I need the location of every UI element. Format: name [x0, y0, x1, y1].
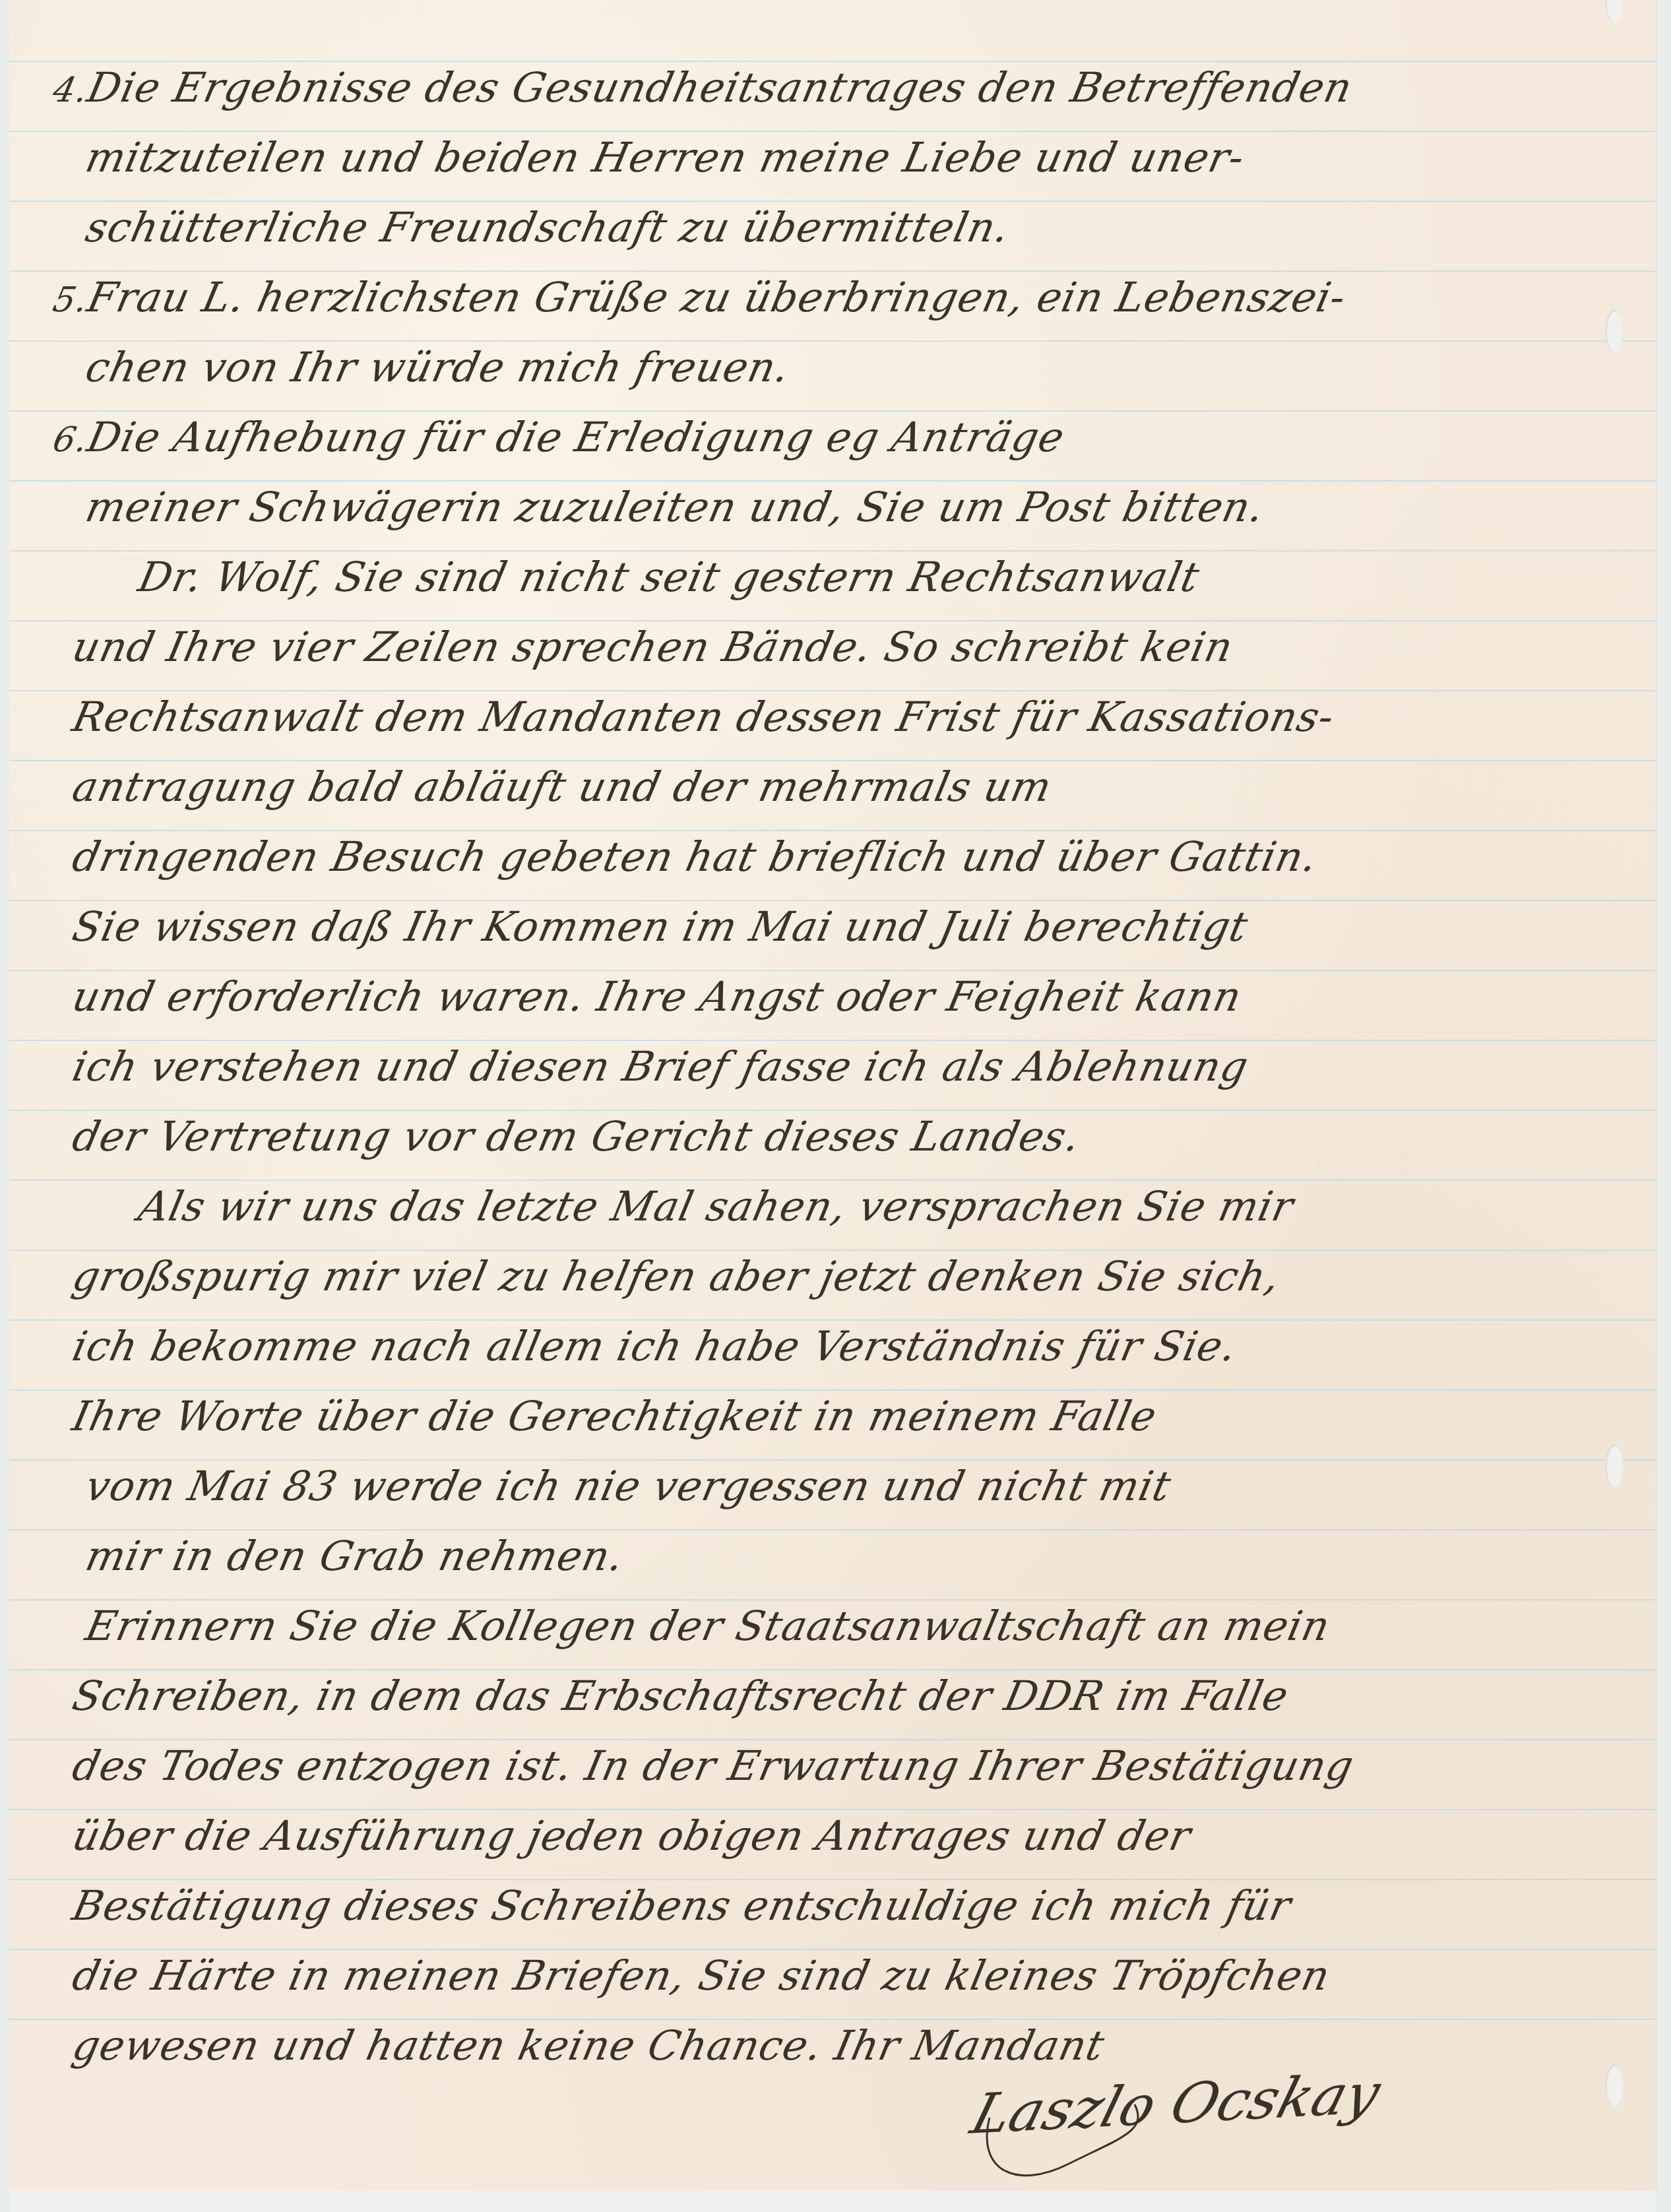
- letter-line: Als wir uns das letzte Mal sahen, verspr…: [132, 1172, 1300, 1242]
- letter-line: großspurig mir viel zu helfen aber jetzt…: [66, 1242, 1287, 1311]
- letter-line: dringenden Besuch gebeten hat brieflich …: [66, 822, 1324, 892]
- letter-line: Bestätigung dieses Schreibens entschuldi…: [66, 1871, 1298, 1941]
- letter-line: die Härte in meinen Briefen, Sie sind zu…: [66, 1941, 1337, 2011]
- letter-line: ich verstehen und diesen Brief fasse ich…: [66, 1032, 1255, 1102]
- letter-line: gewesen und hatten keine Chance. Ihr Man…: [66, 2011, 1111, 2081]
- letter-line: antragung bald abläuft und der mehrmals …: [66, 752, 1059, 822]
- letter-line: der Vertretung vor dem Gericht dieses La…: [66, 1102, 1087, 1172]
- letter-line: schütterliche Freundschaft zu übermittel…: [79, 193, 1017, 263]
- letter-line: 4.Die Ergebnisse des Gesundheitsantrages…: [46, 53, 1359, 125]
- letter-line: über die Ausführung jeden obigen Antrage…: [66, 1801, 1198, 1871]
- letter-line: und Ihre vier Zeilen sprechen Bände. So …: [66, 612, 1240, 682]
- scanner-border: [9, 2190, 1656, 2212]
- letter-line: und erforderlich waren. Ihre Angst oder …: [66, 962, 1248, 1032]
- punch-hole: [1606, 310, 1623, 352]
- letter-line: 5.Frau L. herzlichsten Grüße zu überbrin…: [46, 263, 1352, 335]
- letter-line: meiner Schwägerin zuzuleiten und, Sie um…: [79, 472, 1271, 542]
- letter-line: vom Mai 83 werde ich nie vergessen und n…: [79, 1451, 1178, 1521]
- letter-line: 6.Die Aufhebung für die Erledigung eg An…: [46, 402, 1071, 475]
- punch-hole: [1606, 2065, 1623, 2107]
- letter-line: Dr. Wolf, Sie sind nicht seit gestern Re…: [132, 542, 1206, 612]
- letter-line: Schreiben, in dem das Erbschaftsrecht de…: [66, 1661, 1295, 1731]
- letter-line: ich bekomme nach allem ich habe Verständ…: [66, 1311, 1244, 1381]
- letter-line: mir in den Grab nehmen.: [79, 1521, 631, 1591]
- letter-line: Ihre Worte über die Gerechtigkeit in mei…: [66, 1381, 1164, 1451]
- letter-line: Erinnern Sie die Kollegen der Staatsanwa…: [79, 1591, 1337, 1661]
- punch-hole: [1606, 1445, 1623, 1487]
- punch-hole: [1606, 0, 1623, 22]
- letter-line: Sie wissen daß Ihr Kommen im Mai und Jul…: [66, 892, 1255, 962]
- letter-line: mitzuteilen und beiden Herren meine Lieb…: [79, 123, 1251, 193]
- letter-line: des Todes entzogen ist. In der Erwartung…: [66, 1731, 1360, 1801]
- letter-line: Rechtsanwalt dem Mandanten dessen Frist …: [66, 682, 1341, 752]
- letter-line: chen von Ihr würde mich freuen.: [79, 332, 797, 402]
